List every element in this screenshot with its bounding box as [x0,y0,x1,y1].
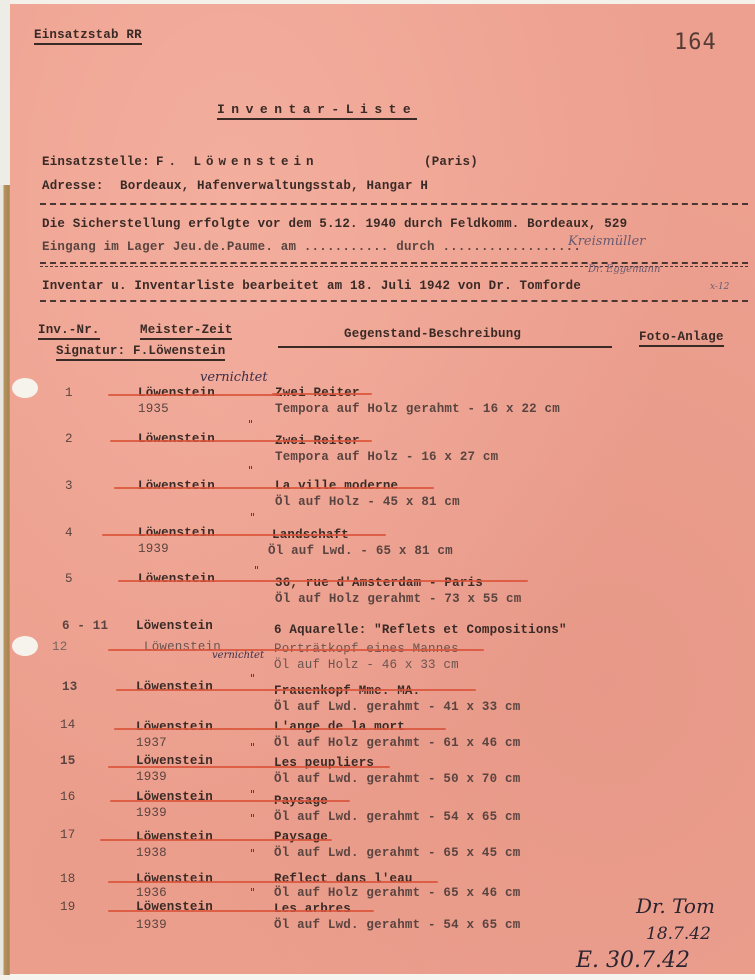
signature-date-1: 18.7.42 [646,924,711,944]
adresse-label: Adresse: [42,179,104,193]
eingang-line: Eingang im Lager Jeu.de.Paume. am ......… [42,240,581,254]
row-title: Frauenkopf Mme. MA. [274,684,420,698]
row-title: Paysage [274,830,328,844]
row-medium: Öl auf Holz gerahmt - 65 x 46 cm [274,886,520,900]
row-meister: Löwenstein [138,479,215,493]
strikethrough-line [114,728,446,730]
row-annotation: " [250,847,255,860]
row-annotation: " [250,672,255,685]
row-year: 1938 [136,846,167,860]
strikethrough-line [108,881,438,883]
einsatzstelle-city: (Paris) [424,155,478,169]
page-bottom-edge [10,974,755,980]
row-title: La ville moderne [275,479,398,493]
row-medium: Tempora auf Holz gerahmt - 16 x 22 cm [275,402,560,416]
row-medium: Öl auf Holz - 46 x 33 cm [274,658,459,672]
row-meister: Löwenstein [138,386,215,400]
strikethrough-line [118,580,528,582]
header-inv-nr: Inv.-Nr. [38,323,100,340]
row-year: 1936 [136,886,167,900]
row-meister: Löwenstein [138,526,215,540]
row-nr: 6 - 11 [62,619,108,633]
row-meister: Löwenstein [136,619,213,633]
einsatzstelle-label: Einsatzstelle: [42,155,150,169]
row-title: 6 Aquarelle: "Reflets et Compositions" [274,623,567,637]
row-year: 1935 [138,402,169,416]
row-nr: 13 [62,680,77,694]
sicherstellung-line: Die Sicherstellung erfolgte vor dem 5.12… [42,217,627,231]
strikethrough-line [108,649,484,651]
row-nr: 19 [60,900,75,914]
header-org: Einsatzstab RR [34,28,142,45]
row-annotation: " [248,418,253,431]
row-medium: Öl auf Holz gerahmt - 73 x 55 cm [275,592,521,606]
row-annotation: vernichtet [200,370,268,385]
row-meister: Löwenstein [138,572,215,586]
strikethrough-line [272,393,372,395]
document-page: Einsatzstab RR 164 Inventar-Liste Einsat… [10,4,755,974]
row-annotation: " [250,511,255,524]
bearbeitet-handwritten-note: x-12 [710,282,729,292]
row-year: 1939 [138,542,169,556]
signature-date-2: E. 30.7.42 [576,948,690,973]
row-annotation: " [254,564,259,577]
row-nr: 17 [60,828,75,842]
punch-hole-bottom [12,636,38,656]
row-nr: 14 [60,718,75,732]
row-annotation: vernichtet [212,650,264,661]
row-medium: Öl auf Lwd. gerahmt - 41 x 33 cm [274,700,520,714]
eingang-handwritten: Kreismüller [568,234,645,249]
row-nr: 3 [65,479,73,493]
signature-name: Dr. Tom [636,894,715,918]
strikethrough-line [114,487,434,489]
strikethrough-line [108,910,374,912]
row-meister: Löwenstein [136,872,213,886]
strikethrough-line [116,689,476,691]
row-medium: Öl auf Holz - 45 x 81 cm [275,495,460,509]
strikethrough-line [102,534,386,536]
row-year: 1939 [136,918,167,932]
header-beschreibung-rule [278,346,612,348]
strikethrough-line [110,800,350,802]
row-medium: Öl auf Holz gerahmt - 61 x 46 cm [274,736,520,750]
row-nr: 16 [60,790,75,804]
divider-1 [40,203,748,205]
strikethrough-line [108,394,280,396]
row-annotation: " [250,741,255,754]
row-annotation: " [250,812,255,825]
row-year: 1939 [136,806,167,820]
row-medium: Öl auf Lwd. gerahmt - 50 x 70 cm [274,772,520,786]
adresse-value: Bordeaux, Hafenverwaltungsstab, Hangar H [120,179,428,193]
row-nr: 12 [52,640,67,654]
row-meister: Löwenstein [136,830,213,844]
strikethrough-line [110,440,372,442]
bearbeitet-handwritten: Dr. Eggemann [588,264,660,275]
punch-hole-top [12,378,38,398]
row-medium: Tempora auf Holz - 16 x 27 cm [275,450,498,464]
header-beschreibung: Gegenstand-Beschreibung [344,327,521,341]
row-title: Les arbres [274,902,351,916]
row-medium: Öl auf Lwd. gerahmt - 54 x 65 cm [274,810,520,824]
binding-edge-top [0,0,10,185]
row-medium: Öl auf Lwd. gerahmt - 65 x 45 cm [274,846,520,860]
row-medium: Öl auf Lwd. - 65 x 81 cm [268,544,453,558]
document-title: Inventar-Liste [217,102,417,120]
row-nr: 5 [65,572,73,586]
header-foto: Foto-Anlage [639,330,724,347]
row-year: 1937 [136,736,167,750]
header-meister-zeit: Meister-Zeit [140,323,232,340]
row-nr: 1 [65,386,73,400]
row-year: 1939 [136,770,167,784]
einsatzstelle-name: F. Löwenstein [156,155,319,169]
strikethrough-line [108,766,390,768]
row-meister: Löwenstein [144,640,221,654]
row-meister: Löwenstein [136,680,213,694]
row-title: 36, rue d'Amsterdam - Paris [275,576,483,590]
row-title: L'ange de la mort [274,720,405,734]
row-meister: Löwenstein [138,432,215,446]
row-annotation: " [248,464,253,477]
divider-3 [40,300,748,302]
bearbeitet-line: Inventar u. Inventarliste bearbeitet am … [42,279,581,293]
row-meister: Löwenstein [136,720,213,734]
row-annotation: " [250,886,255,899]
row-title: Reflect dans l'eau [274,872,413,886]
header-signatur: Signatur: F.Löwenstein [56,344,225,361]
row-nr: 2 [65,432,73,446]
row-medium: Öl auf Lwd. gerahmt - 54 x 65 cm [274,918,520,932]
page-number: 164 [674,30,717,55]
row-nr: 15 [60,754,75,768]
row-nr: 18 [60,872,75,886]
row-nr: 4 [65,526,73,540]
strikethrough-line [100,839,332,841]
